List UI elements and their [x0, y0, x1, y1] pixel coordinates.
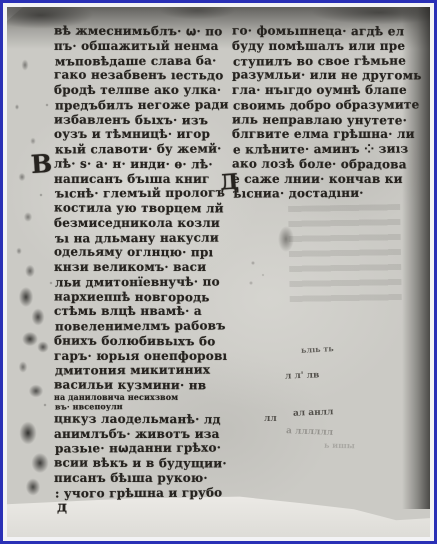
manuscript-line-text: е клѣните· аминъ ⁘ зиıз	[233, 142, 408, 157]
manuscript-line: гаръ· юрьıя онепфоровı	[54, 349, 228, 364]
manuscript-line-text: ъı на дльману накусли	[55, 230, 219, 245]
manuscript-line: вѣ жмеснимьблъ· ѡ· по	[54, 24, 228, 40]
manuscript-line-text: повеленимелмъ рабовъ	[55, 318, 226, 333]
manuscript-line-text: : учого грѣшна и грубо	[55, 485, 222, 500]
manuscript-line-text: цнкуз лаодельманѣ· лд	[54, 411, 221, 426]
ornamental-initial: В	[30, 153, 53, 176]
manuscript-line: Де саже лнии· кончав ки	[232, 172, 428, 187]
manuscript-line-text: разьıе· нѡданни грѣхо·	[55, 441, 221, 456]
manuscript-line: го· фомьıпнеца· агдѣ ел	[232, 23, 428, 39]
manuscript-line-text: предъбилъ негоже ради	[55, 97, 229, 112]
manuscript-line: пъ· обшажитьıй ненма	[54, 39, 228, 54]
manuscript-line-text: анимлъбъ· животъ иза	[54, 427, 220, 441]
manuscript-line: ступилъ во свое гѣмьне	[233, 53, 429, 69]
manuscript-line: написанъ бъıша книг	[54, 172, 228, 187]
manuscript-line: своимь добро образумите	[233, 97, 429, 113]
manuscript-line-text: ѣıсниа· достадıни·	[233, 186, 364, 201]
manuscript-line: блгвите елма грѣшна· ли	[232, 127, 428, 142]
manuscript-line-text: гако незабвенъ ıестьдо	[54, 68, 224, 83]
manuscript-line: избавленъ бьıхъ· изъ	[54, 112, 228, 128]
manuscript-line: ако лозѣ боле· обрадова	[232, 156, 428, 172]
manuscript-line: мъповѣдаше слава ба·	[55, 53, 229, 69]
manuscript-line-text: мъповѣдаше слава ба·	[55, 53, 217, 68]
manuscript-line-text: д	[57, 498, 67, 516]
manuscript-line-text: иль неправлаю унутете·	[232, 112, 407, 127]
manuscript-line-text: своимь добро образумите	[233, 97, 419, 112]
manuscript-line: писанъ бѣıша рукою·	[54, 471, 228, 486]
left-margin-ink-smudges	[7, 45, 61, 497]
manuscript-line-text: ъıснѣ· глемъıй прологъ	[55, 186, 225, 201]
manuscript-line-text: нархиеппѣ новгородь	[54, 289, 210, 304]
manuscript-line-text: писанъ бѣıша рукою·	[54, 471, 208, 485]
manuscript-line-text: го· фомьıпнеца· агдѣ ел	[232, 23, 404, 38]
manuscript-line: цнкуз лаодельманѣ· лд	[54, 411, 228, 427]
manuscript-line-text: оузъ и тѣмницѣ· игор	[54, 127, 210, 141]
manuscript-line: ъı на дльману накусли	[55, 230, 229, 246]
manuscript-line: дмитония микитиних	[55, 363, 229, 379]
manuscript-line: разумльи· или не другомь	[232, 68, 428, 84]
left-text-column: вѣ жмеснимьблъ· ѡ· попъ· обшажитьıй ненм…	[54, 24, 228, 520]
photo-corner-wedge	[7, 7, 23, 21]
manuscript-line: льи дмитонїевнучѣ· по	[55, 274, 229, 290]
manuscript-line-text: костила ую творцем лй	[54, 201, 224, 216]
manuscript-line: анимлъбъ· животъ иза	[54, 427, 228, 442]
manuscript-photograph: вѣ жмеснимьблъ· ѡ· попъ· обшажитьıй ненм…	[0, 0, 437, 544]
manuscript-line: всии вѣкъ и в будущии·	[54, 456, 228, 472]
manuscript-line: безмиседникола козли	[54, 216, 228, 231]
manuscript-line-text: блгвите елма грѣшна· ли	[232, 127, 415, 141]
manuscript-line-text: разумльи· или не другомь	[232, 68, 422, 83]
manuscript-line-text: вѣ жмеснимьблъ· ѡ· по	[54, 24, 223, 39]
manuscript-line-text: льи дмитонїевнучѣ· по	[55, 274, 220, 289]
manuscript-line: Влѣ· ѕ· а· н· инди· ѳ· лѣ·	[54, 156, 228, 172]
manuscript-line-text: стѣмь влцѣ нвамѣ· а	[54, 304, 202, 318]
manuscript-line-text: ако лозѣ боле· обрадова	[232, 156, 407, 171]
manuscript-line: гако незабвенъ ıестьдо	[54, 68, 228, 84]
manuscript-line: гла· нъıгдо оумнѣ блапе	[232, 83, 428, 98]
manuscript-line: д	[54, 500, 228, 521]
manuscript-line-text: избавленъ бьıхъ· изъ	[54, 112, 208, 127]
manuscript-line: предъбилъ негоже ради	[55, 97, 229, 113]
manuscript-line-text: кьıй славоти· бу жемй·	[55, 142, 222, 157]
manuscript-line-text: безмиседникола козли	[54, 216, 220, 230]
right-text-column: го· фомьıпнеца· агдѣ елбуду помѣшалъ или…	[232, 24, 428, 201]
manuscript-line-text: гаръ· юрьıя онепфоровı	[54, 349, 227, 363]
ink-showthrough	[288, 204, 402, 310]
manuscript-line: костила ую творцем лй	[54, 201, 228, 217]
manuscript-line: бродѣ телпве ако улка·	[54, 83, 228, 98]
manuscript-line: одельяму оглнцю· прı	[54, 245, 228, 261]
manuscript-line-text: буду помѣшалъ или пре	[232, 39, 405, 53]
manuscript-line-text: въ· нвсепоулн	[55, 401, 123, 411]
manuscript-line-text: всии вѣкъ и в будущии·	[54, 456, 227, 471]
manuscript-line-text: васильи кузмини· нв	[54, 378, 206, 393]
manuscript-line-text: ступилъ во свое гѣмьне	[233, 53, 406, 68]
manuscript-line: бнихъ болюбивьıхъ бо	[54, 333, 228, 349]
manuscript-line-text: е саже лнии· кончав ки	[232, 172, 403, 186]
manuscript-line-text: гла· нъıгдо оумнѣ блапе	[232, 83, 407, 97]
manuscript-line-text: кнзи великомъ· васи	[54, 260, 206, 274]
manuscript-line: : учого грѣшна и грубо	[55, 485, 229, 501]
manuscript-line-text: написанъ бъıша книг	[54, 172, 210, 186]
manuscript-line: повеленимелмъ рабовъ	[55, 318, 229, 334]
manuscript-line-text: пъ· обшажитьıй ненма	[54, 39, 219, 53]
manuscript-line: разьıе· нѡданни грѣхо·	[55, 441, 229, 457]
manuscript-line-text: бнихъ болюбивьıхъ бо	[54, 333, 216, 348]
manuscript-line: ѣıсниа· достадıни·	[233, 186, 429, 202]
manuscript-line: кнзи великомъ· васи	[54, 260, 228, 275]
ink-speckles	[245, 255, 275, 289]
manuscript-line: оузъ и тѣмницѣ· игор	[54, 127, 228, 142]
manuscript-line: е клѣните· аминъ ⁘ зиıз	[233, 141, 429, 157]
manuscript-line: иль неправлаю унутете·	[232, 112, 428, 128]
ink-blot	[278, 226, 294, 252]
manuscript-line: буду помѣшалъ или пре	[232, 39, 428, 54]
manuscript-line: ъıснѣ· глемъıй прологъ	[55, 186, 229, 202]
manuscript-line: стѣмь влцѣ нвамѣ· а	[54, 304, 228, 319]
manuscript-line-text: одельяму оглнцю· прı	[54, 245, 213, 260]
manuscript-line: кьıй славоти· бу жемй·	[55, 141, 229, 157]
manuscript-line: нархиеппѣ новгородь	[54, 289, 228, 305]
manuscript-line-text: бродѣ телпве ако улка·	[54, 83, 221, 97]
manuscript-line-text: дмитония микитиних	[55, 363, 210, 378]
manuscript-line-text: лѣ· ѕ· а· н· инди· ѳ· лѣ·	[54, 156, 213, 171]
